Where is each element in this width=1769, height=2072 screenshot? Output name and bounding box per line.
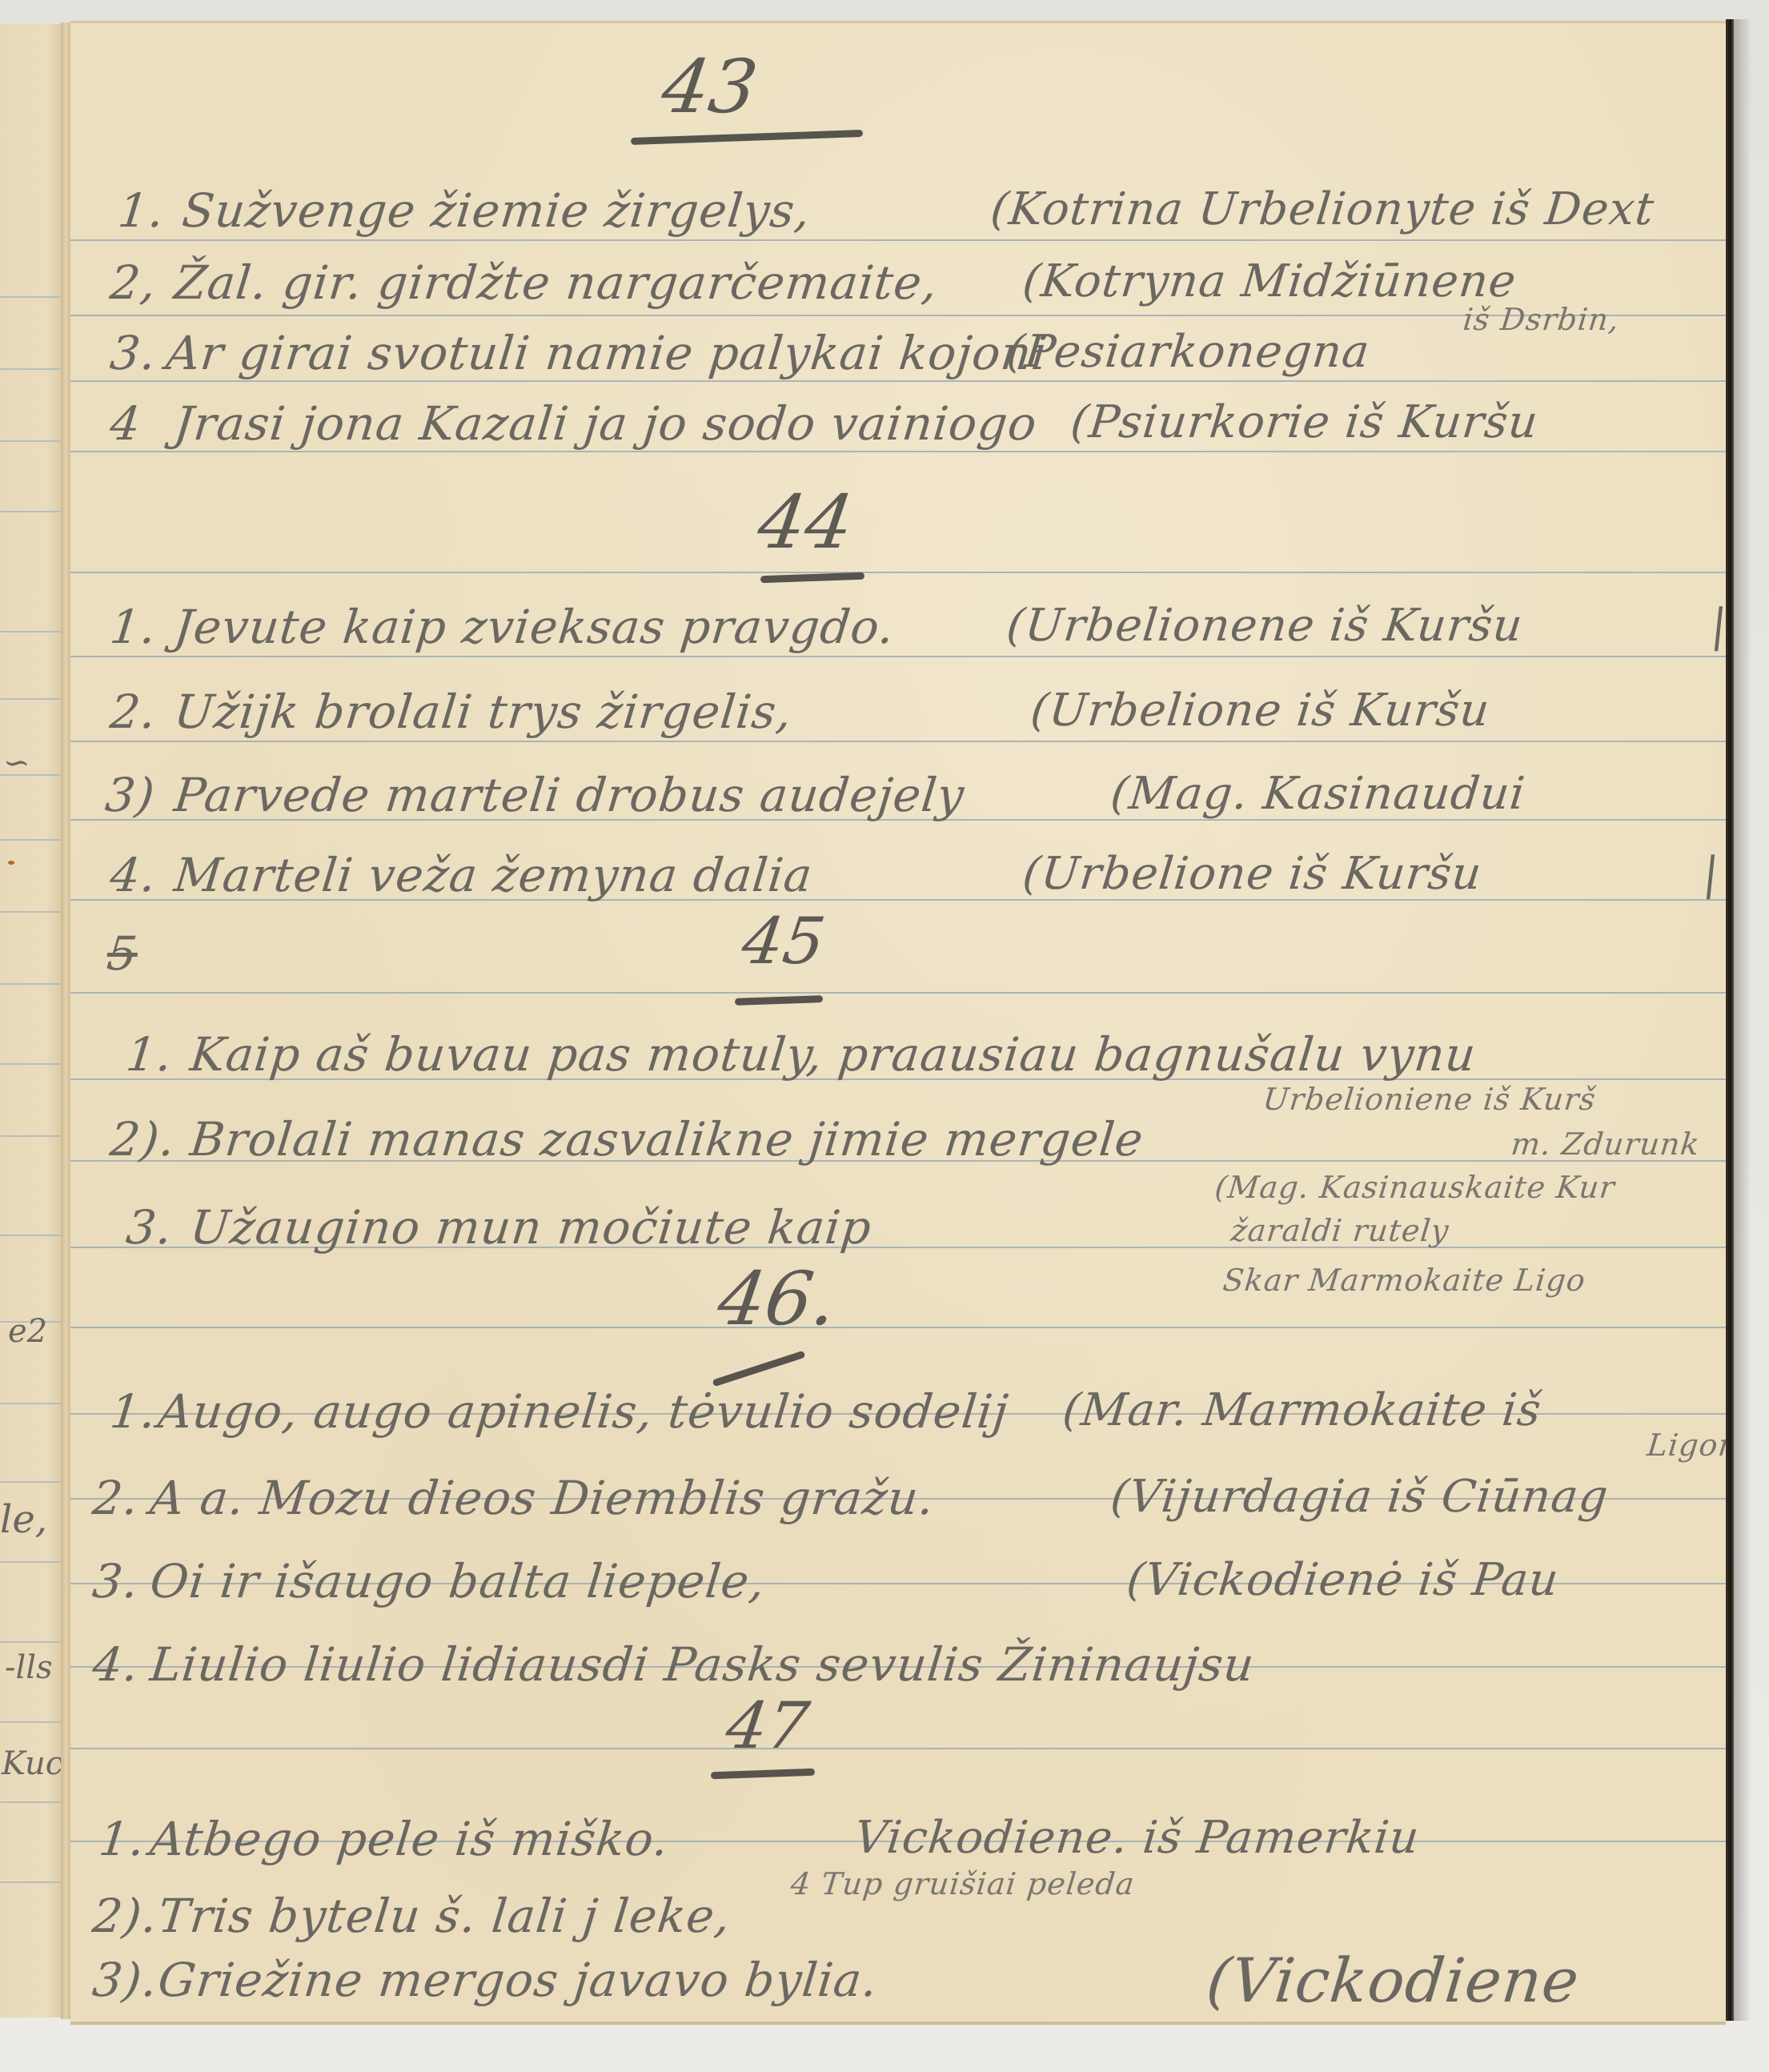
rule-line — [0, 631, 66, 632]
song-title: Jrasi jona Kazali ja jo sodo vainiogo — [171, 396, 1040, 451]
song-title: Užijk brolali trys žirgelis, — [171, 685, 795, 739]
song-title: Užaugino mun močiute kaip — [187, 1200, 874, 1255]
left-page-fragment: le, — [0, 1497, 47, 1542]
section-underline — [712, 1351, 806, 1387]
song-attribution: (Vickodiene — [1203, 1945, 1582, 2016]
song-attribution: (Kotrina Urbelionyte iš Dext — [989, 183, 1657, 235]
closing-bar: | — [1709, 600, 1726, 652]
rule-line — [0, 1801, 66, 1803]
left-page-fragment: -lls — [5, 1649, 53, 1686]
page-edge — [1726, 19, 1734, 2021]
closing-bar: | — [1701, 848, 1723, 900]
song-title: A a. Mozu dieos Diemblis gražu. — [147, 1471, 937, 1525]
song-attribution: m. Zdurunk — [1510, 1126, 1702, 1162]
song-title: Atbego pele iš miško. — [147, 1812, 672, 1866]
song-attribution: (Psiurkorie iš Kuršu — [1069, 396, 1541, 448]
section-underline — [760, 572, 864, 584]
rule-line — [0, 511, 66, 512]
rule-line — [0, 839, 66, 841]
song-number: 2). — [90, 1889, 160, 1943]
song-attribution: (Urbelionene iš Kuršu — [1005, 600, 1526, 652]
song-attribution: (Pesiarkonegna — [1005, 326, 1373, 378]
song-title: Jevute kaip zvieksas pravgdo. — [171, 600, 897, 654]
song-number: 2. — [107, 685, 158, 739]
song-number: 3) — [102, 768, 158, 822]
song-note: žaraldi rutely — [1229, 1213, 1451, 1248]
song-title: Sužvenge žiemie žirgelys, — [179, 183, 813, 238]
song-attribution: (Urbelione iš Kuršu — [1021, 848, 1485, 900]
rule-line — [0, 1403, 66, 1404]
rule-line — [70, 572, 1726, 573]
song-title: Griežine mergos javavo bylia. — [155, 1953, 880, 2007]
song-title: Kaip aš buvau pas motuly, praausiau bagn… — [187, 1027, 1478, 1082]
rule-line — [70, 380, 1726, 382]
song-number: 2. — [90, 1471, 141, 1525]
song-number: 2, — [107, 255, 158, 310]
section-number-45: 45 — [737, 904, 829, 978]
song-attribution: (Mag. Kasinauskaite Kur — [1213, 1170, 1617, 1205]
rule-line — [0, 698, 66, 700]
section-number-47: 47 — [721, 1689, 813, 1763]
song-number: 1. — [107, 600, 158, 654]
rule-line — [0, 1063, 66, 1065]
song-number: 3. — [123, 1200, 174, 1255]
song-number: 1. — [123, 1027, 174, 1082]
song-attribution: (Kotryna Midžiūnene — [1021, 255, 1519, 307]
rule-line — [0, 440, 66, 442]
song-title: Liulio liulio lidiausdi Pasks sevulis Ži… — [147, 1637, 1257, 1692]
rule-line — [0, 911, 66, 913]
rule-line — [0, 983, 66, 985]
song-number: 2). — [107, 1112, 178, 1167]
song-title: Marteli veža žemyna dalia — [171, 848, 815, 902]
rule-line — [0, 1135, 66, 1137]
song-number: 3). — [90, 1953, 160, 2007]
stain-mark — [8, 861, 14, 865]
song-attribution: (Mag. Kasinaudui — [1109, 768, 1528, 820]
song-title: Augo, augo apinelis, tėvulio sodelij — [155, 1384, 1011, 1439]
song-title: Ar girai svotuli namie palykai kojoni — [163, 326, 1050, 380]
rule-line — [70, 451, 1726, 452]
section-number-43: 43 — [656, 44, 762, 130]
song-title: Tris bytelu š. lali j leke, — [155, 1889, 733, 1943]
rule-line — [70, 1748, 1726, 1749]
song-attribution: Vickodiene. iš Pamerkiu — [852, 1812, 1422, 1864]
rule-line — [70, 656, 1726, 657]
song-title: Parvede marteli drobus audejely — [171, 768, 967, 822]
section-number-44: 44 — [752, 480, 858, 565]
left-page-fragment: ∽ — [3, 745, 30, 781]
song-note: Ligoniu — [1646, 1428, 1726, 1463]
page-edge-shadow — [1734, 19, 1751, 2021]
song-attribution: (Vijurdagia iš Ciūnag — [1109, 1471, 1611, 1523]
song-note: Skar Marmokaite Ligo — [1221, 1263, 1587, 1298]
song-title: Oi ir išaugo balta liepele, — [147, 1554, 768, 1608]
song-title: Brolali manas zasvalikne jimie mergele — [187, 1112, 1146, 1167]
rule-line — [70, 1327, 1726, 1328]
rule-line — [0, 1721, 66, 1723]
song-number: 1. — [96, 1812, 147, 1866]
song-number: 1. — [107, 1384, 158, 1439]
song-note: iš Dsrbin, — [1462, 302, 1622, 337]
left-page: ∽ e2 le, -lls Kuc — [0, 24, 66, 2018]
song-number: 3. — [107, 326, 158, 380]
rule-line — [0, 1481, 66, 1483]
rule-line — [0, 1641, 66, 1643]
rule-line — [70, 741, 1726, 742]
rule-line — [70, 239, 1726, 241]
song-number: 3. — [90, 1554, 141, 1608]
notebook-page: 43 1. Sužvenge žiemie žirgelys, (Kotrina… — [70, 21, 1726, 2025]
section-underline — [631, 130, 863, 145]
section-underline — [735, 995, 823, 1006]
song-attribution: (Urbelione iš Kuršu — [1029, 685, 1493, 737]
song-attribution: (Mar. Marmokaite iš — [1061, 1384, 1544, 1436]
left-page-fragment: Kuc — [2, 1745, 63, 1782]
song-attribution: (Vickodienė iš Pau — [1125, 1554, 1562, 1606]
song-note: Urbelioniene iš Kurš — [1262, 1082, 1598, 1117]
song-number: 4. — [107, 848, 158, 902]
section-underline — [711, 1769, 815, 1780]
song-number: 4. — [90, 1637, 141, 1692]
song-note: 4 Tup gruišiai peleda — [789, 1866, 1137, 1901]
song-number: 1. — [115, 183, 166, 238]
section-number-46: 46. — [712, 1256, 841, 1342]
rule-line — [0, 1881, 66, 1883]
rule-line — [0, 368, 66, 370]
left-page-fragment: e2 — [8, 1313, 47, 1350]
struck-margin-number: 5 — [104, 926, 140, 981]
rule-line — [0, 1561, 66, 1563]
rule-line — [0, 1235, 66, 1236]
song-title: Žal. gir. girdžte nargarčemaite, — [171, 255, 941, 310]
song-number: 4 — [107, 396, 143, 451]
rule-line — [70, 992, 1726, 994]
rule-line — [0, 296, 66, 298]
